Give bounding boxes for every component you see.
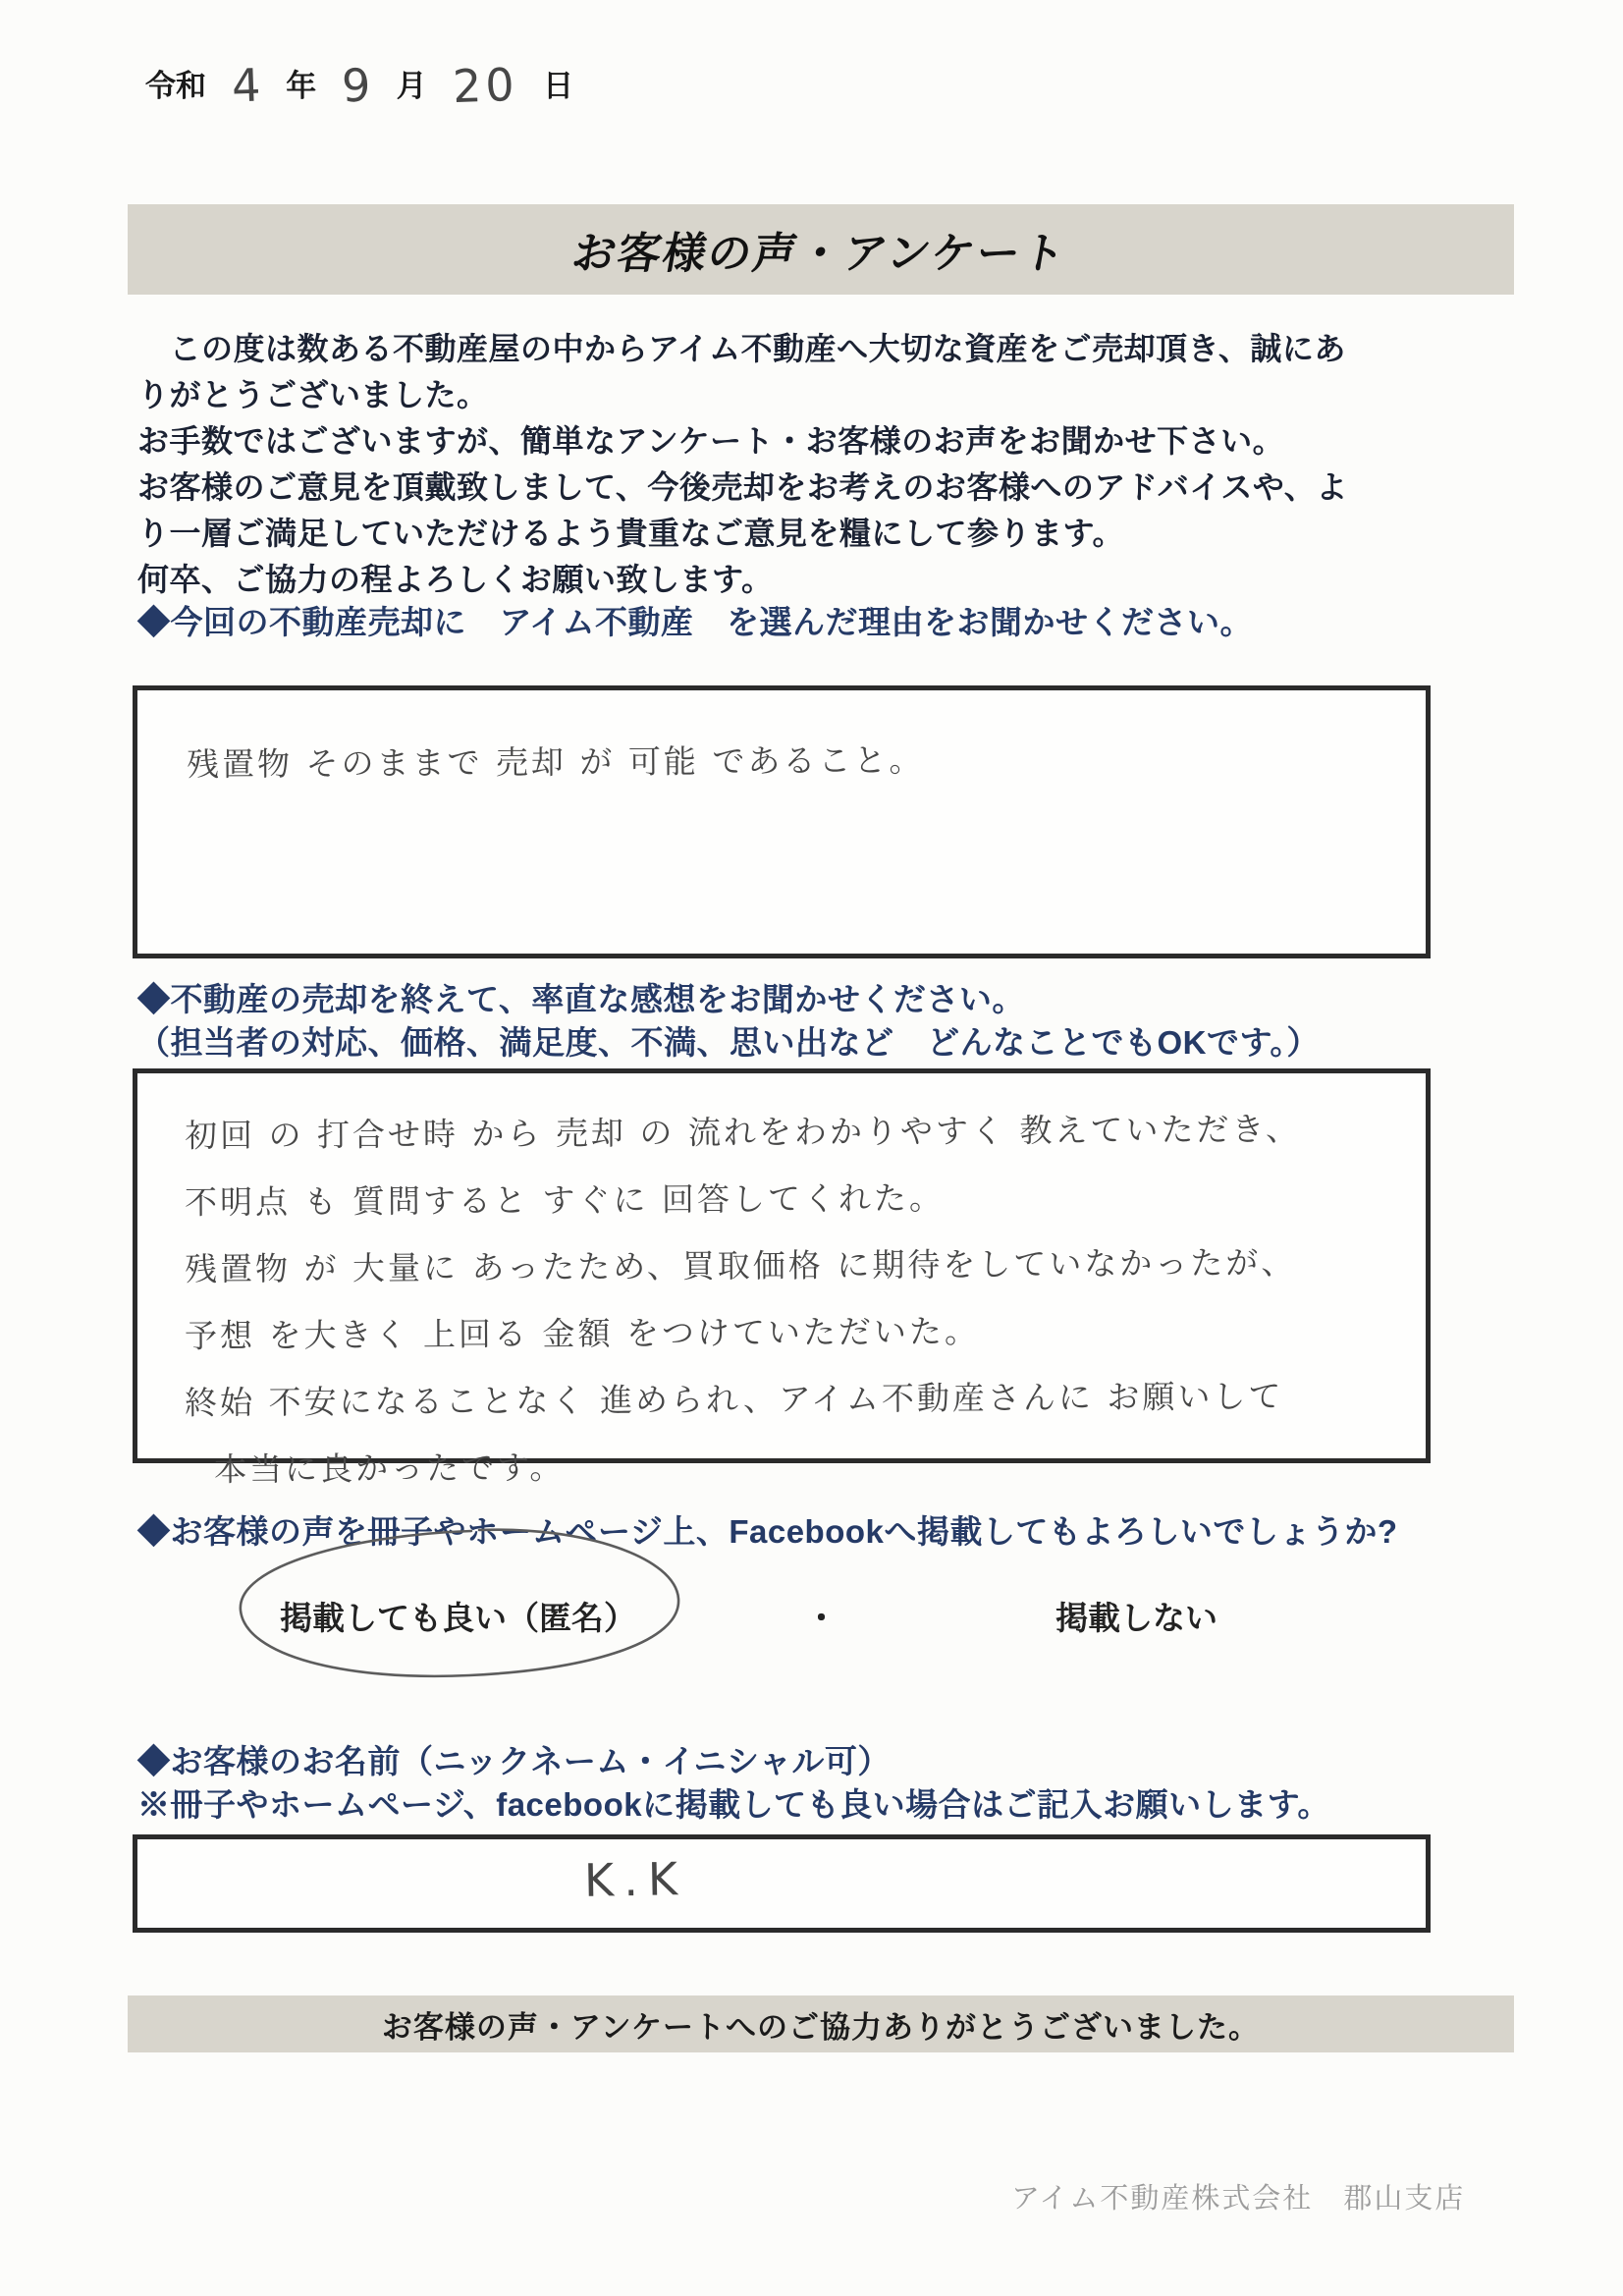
question2-heading-sub: （担当者の対応、価格、満足度、不満、思い出など どんなことでもOKです。） [137, 1021, 1320, 1065]
question2-answer-line: 初回 の 打合せ時 から 売却 の 流れをわかりやすく 教えていただき、 [185, 1095, 1426, 1170]
question3-heading: ◆お客様の声を冊子やホームページ上、Facebookへ掲載してもよろしいでしょう… [137, 1510, 1398, 1554]
question2-heading-main: ◆不動産の売却を終えて、率直な感想をお聞かせください。 [137, 978, 1320, 1021]
customer-initials-handwritten: K.K [584, 1852, 688, 1907]
company-signature: アイム不動産株式会社 郡山支店 [1011, 2176, 1465, 2216]
thank-you-message: お客様の声・アンケートへのご協力ありがとうございました。 [382, 2002, 1260, 2047]
option-separator-dot: ・ [805, 1593, 838, 1639]
intro-line: お客様のご意見を頂戴致しまして、今後売却をお考えのお客様へのアドバイスや、よ [137, 465, 1516, 511]
day-unit-label: 日 [543, 61, 573, 105]
intro-line: り一層ご満足していただけるよう貴重なご意見を糧にして参ります。 [137, 511, 1516, 557]
question2-answer-line: 本当に良かったです。 [214, 1429, 1426, 1503]
month-unit-label: 月 [397, 61, 427, 105]
question3-options: 掲載しても良い（匿名） ・ 掲載しない [128, 1585, 1514, 1644]
name-answer-box: K.K [133, 1834, 1431, 1933]
day-handwritten: 20 [452, 65, 518, 106]
question2-answer-line: 不明点 も 質問すると すぐに 回答してくれた。 [185, 1162, 1426, 1236]
intro-line: 何卒、ご協力の程よろしくお願い致します。 [137, 557, 1516, 603]
era-label: 令和 [145, 61, 206, 105]
question2-answer-line: 残置物 が 大量に あったため、買取価格 に期待をしていなかったが、 [185, 1229, 1426, 1303]
page-title: お客様の声・アンケート [568, 218, 1074, 281]
year-unit-label: 年 [286, 61, 316, 105]
intro-line: お手数ではございますが、簡単なアンケート・お客様のお声をお聞かせ下さい。 [137, 418, 1516, 465]
intro-line: りがとうございました。 [137, 372, 1516, 418]
intro-paragraph: この度は数ある不動産屋の中からアイム不動産へ大切な資産をご売却頂き、誠にあ りが… [137, 326, 1516, 603]
question1-answer-box: 残置物 そのままで 売却 が 可能 であること。 [133, 685, 1431, 958]
question2-answer-line: 終始 不安になることなく 進められ、アイム不動産さんに お願いして [185, 1362, 1426, 1437]
question2-answer-box: 初回 の 打合せ時 から 売却 の 流れをわかりやすく 教えていただき、 不明点… [133, 1068, 1431, 1463]
option-do-not-publish: 掲載しない [1055, 1593, 1217, 1639]
question4-heading: ◆お客様のお名前（ニックネーム・イニシャル可） ※冊子やホームページ、faceb… [137, 1740, 1330, 1827]
month-handwritten: 9 [342, 66, 372, 106]
question4-heading-main: ◆お客様のお名前（ニックネーム・イニシャル可） [137, 1740, 1330, 1783]
question2-answer-line: 予想 を大きく 上回る 金額 をつけていただいた。 [185, 1295, 1426, 1370]
question2-heading: ◆不動産の売却を終えて、率直な感想をお聞かせください。 （担当者の対応、価格、満… [137, 978, 1320, 1065]
date-line: 令和 4 年 9 月 20 日 [137, 61, 581, 105]
survey-document: 令和 4 年 9 月 20 日 お客様の声・アンケート この度は数ある不動産屋の… [0, 0, 1623, 2296]
question4-note: ※冊子やホームページ、facebookに掲載しても良い場合はご記入お願いします。 [137, 1783, 1330, 1827]
intro-line: この度は数ある不動産屋の中からアイム不動産へ大切な資産をご売却頂き、誠にあ [137, 326, 1516, 372]
year-handwritten: 4 [231, 66, 261, 106]
option-publish-anonymous: 掲載しても良い（匿名） [280, 1593, 636, 1639]
footer-banner: お客様の声・アンケートへのご協力ありがとうございました。 [128, 1995, 1514, 2052]
question1-heading: ◆今回の不動産売却に アイム不動産 を選んだ理由をお聞かせください。 [137, 601, 1253, 644]
question1-handwritten-answer: 残置物 そのままで 売却 が 可能 であること。 [187, 724, 1426, 798]
title-banner: お客様の声・アンケート [128, 204, 1514, 295]
